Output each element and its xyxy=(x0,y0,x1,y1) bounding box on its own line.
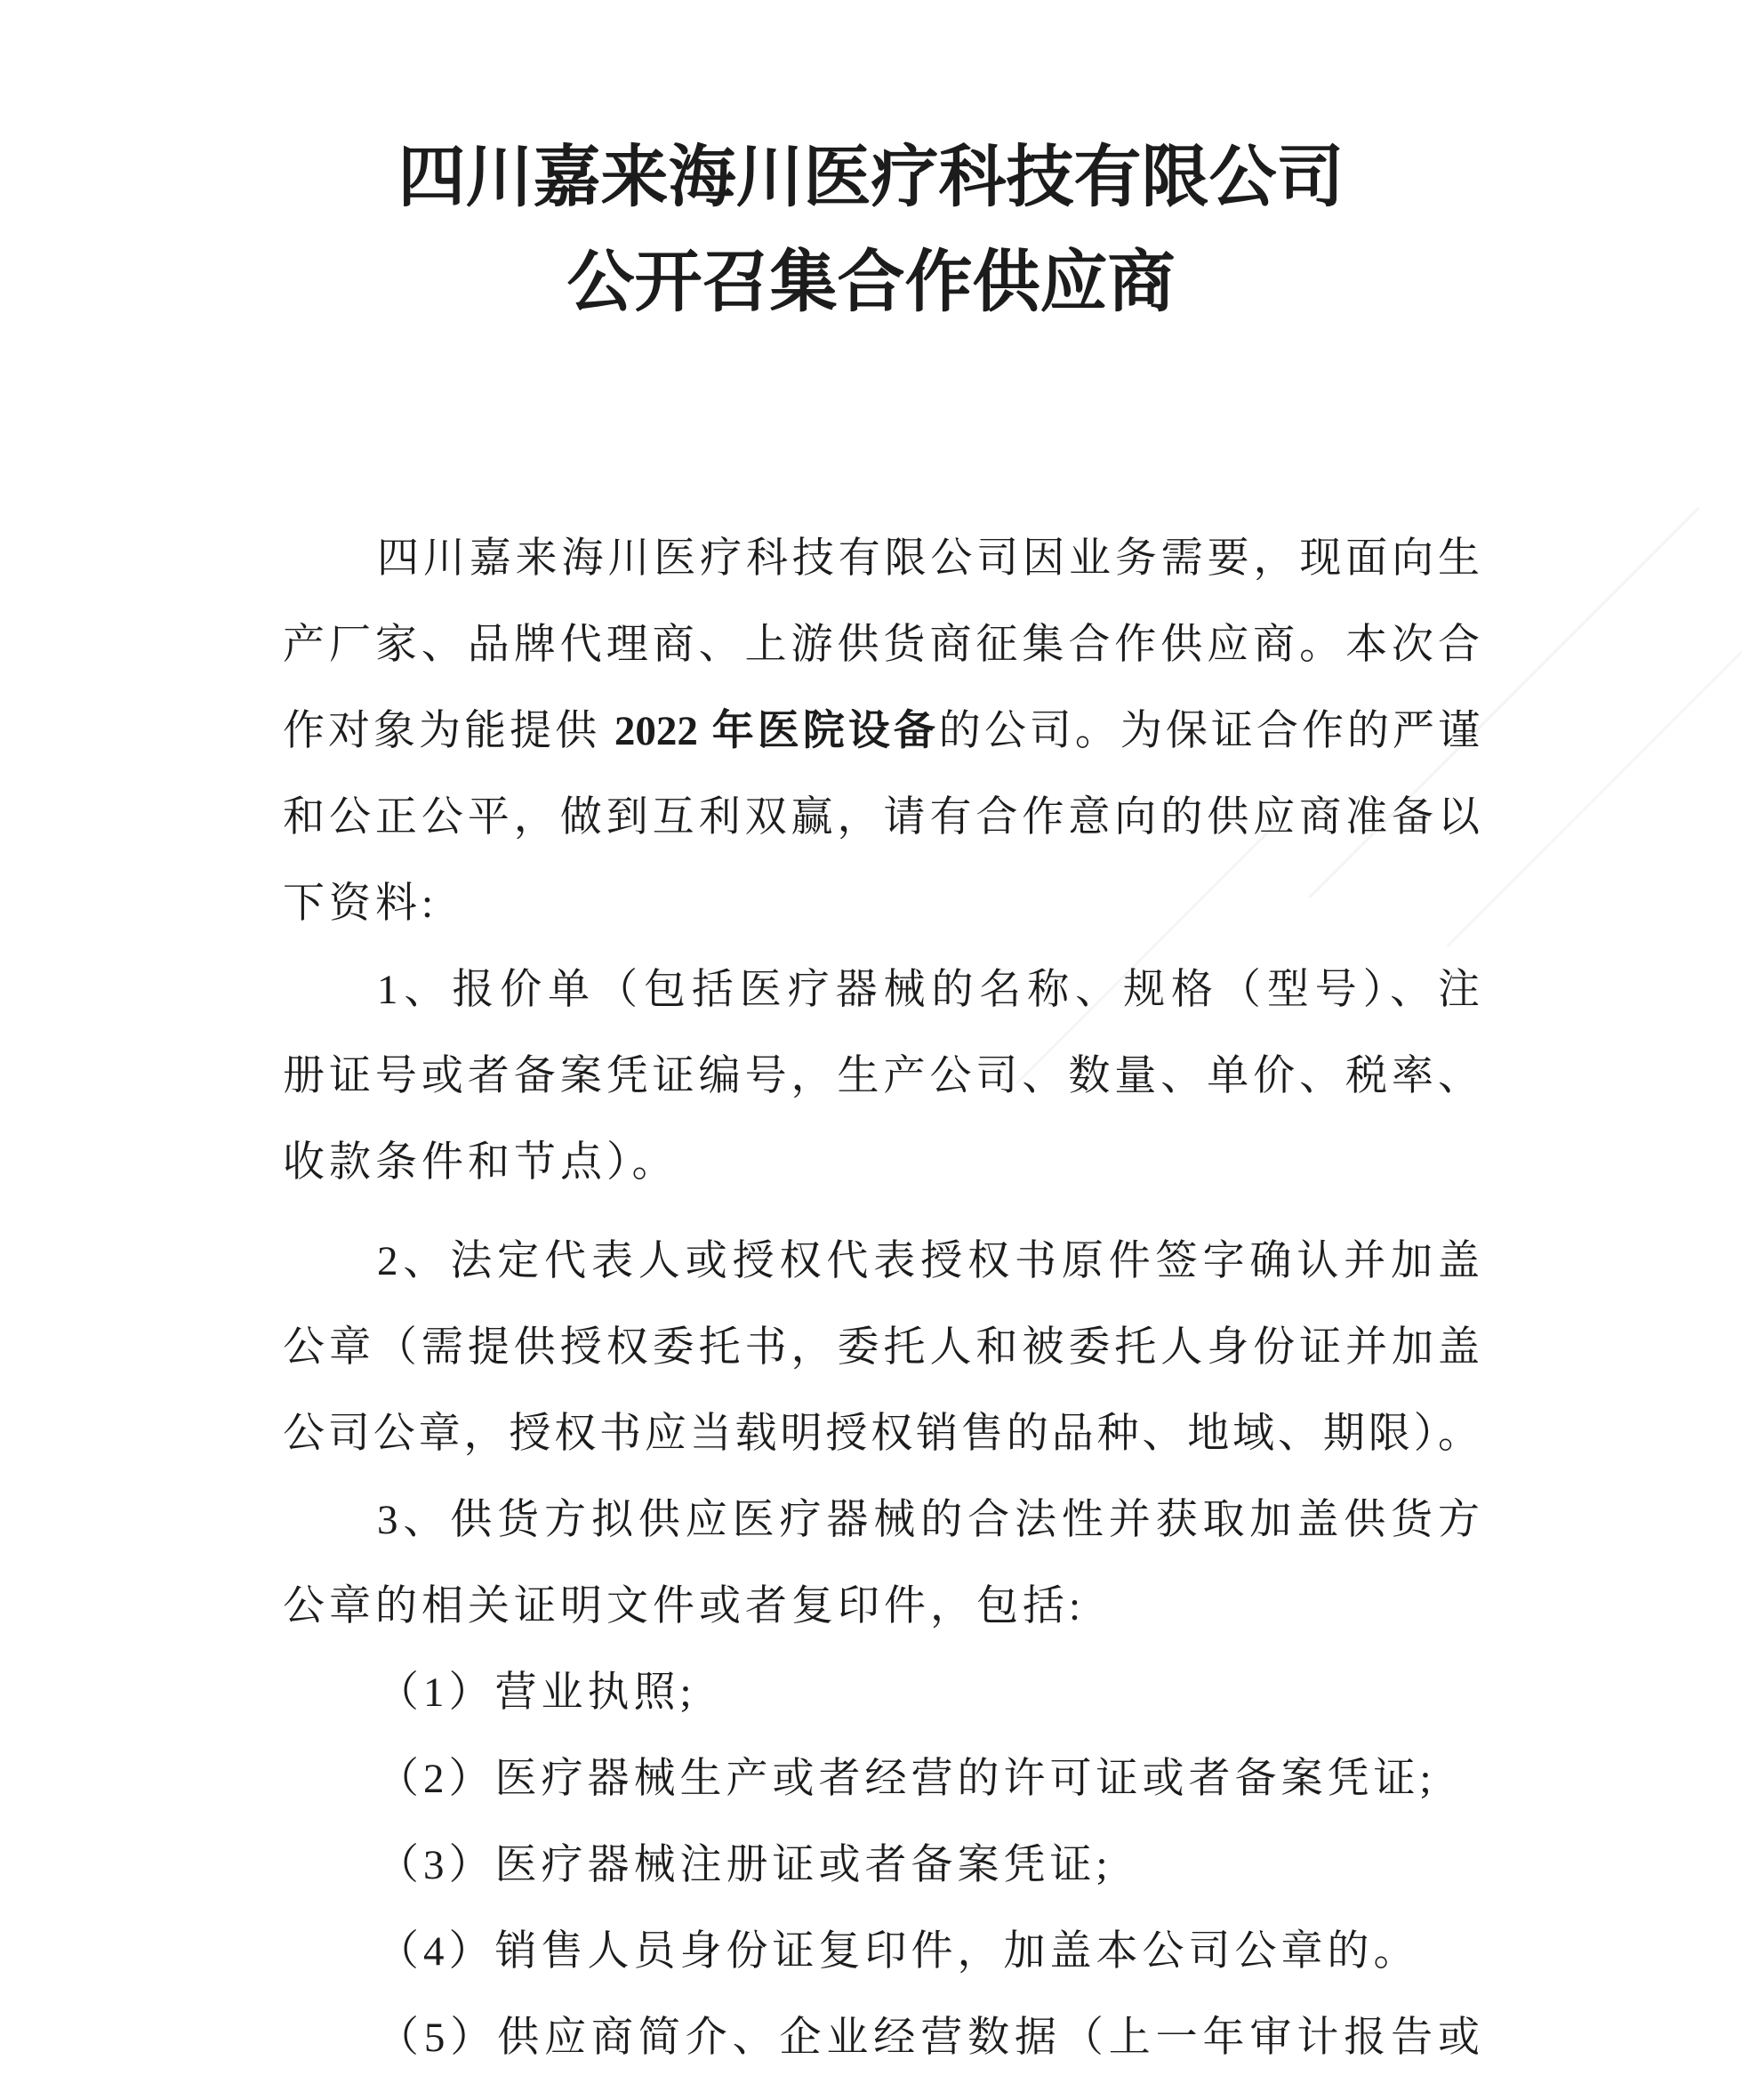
text-line: 2、法定代表人或授权代表授权书原件签字确认并加盖 xyxy=(283,1219,1480,1305)
text-line: （1）营业执照; xyxy=(283,1650,1480,1736)
text-line: （4）销售人员身份证复印件，加盖本公司公章的。 xyxy=(283,1909,1480,1995)
document-page: 四川嘉来海川医疗科技有限公司 公开召集合作供应商 四川嘉来海川医疗科技有限公司因… xyxy=(0,0,1742,2100)
document-title-line1: 四川嘉来海川医疗科技有限公司 xyxy=(0,0,1742,218)
text-line: 公司公章，授权书应当载明授权销售的品种、地域、期限）。 xyxy=(283,1391,1480,1477)
text-line: 产厂家、品牌代理商、上游供货商征集合作供应商。本次合 xyxy=(283,602,1480,688)
text-segment: 的公司。为保证合作的严谨 xyxy=(939,708,1480,754)
text-line: 下资料: xyxy=(283,861,1480,947)
text-line: 四川嘉来海川医疗科技有限公司因业务需要，现面向生 xyxy=(283,516,1480,602)
text-segment: 公章的相关证明文件或者复印件，包括: xyxy=(283,1583,1085,1629)
text-line: 1、报价单（包括医疗器械的名称、规格（型号）、注 xyxy=(283,947,1480,1034)
text-segment: （2）医疗器械生产或者经营的许可证或者备案凭证; xyxy=(377,1756,1436,1802)
text-segment: 册证号或者备案凭证编号，生产公司、数量、单价、税率、 xyxy=(283,1053,1480,1099)
text-segment: （1）营业执照; xyxy=(377,1670,696,1716)
text-segment: 3、供货方拟供应医疗器械的合法性并获取加盖供货方 xyxy=(377,1497,1480,1543)
text-line: 3、供货方拟供应医疗器械的合法性并获取加盖供货方 xyxy=(283,1477,1480,1564)
document-body: 四川嘉来海川医疗科技有限公司因业务需要，现面向生产厂家、品牌代理商、上游供货商征… xyxy=(283,516,1480,2081)
text-segment: 产厂家、品牌代理商、上游供货商征集合作供应商。本次合 xyxy=(283,622,1480,668)
text-segment: （5）供应商简介、企业经营数据（上一年审计报告或 xyxy=(377,2015,1480,2061)
text-line: （3）医疗器械注册证或者备案凭证; xyxy=(283,1822,1480,1909)
text-line: 公章的相关证明文件或者复印件，包括: xyxy=(283,1564,1480,1650)
text-segment: 和公正公平，做到互利双赢，请有合作意向的供应商准备以 xyxy=(283,794,1480,841)
text-line: （2）医疗器械生产或者经营的许可证或者备案凭证; xyxy=(283,1736,1480,1822)
text-segment: 公司公章，授权书应当载明授权销售的品种、地域、期限）。 xyxy=(283,1411,1480,1457)
bold-text-segment: 2022 年医院设备 xyxy=(614,708,939,754)
text-segment: 作对象为能提供 xyxy=(283,708,614,754)
text-segment: 四川嘉来海川医疗科技有限公司因业务需要，现面向生 xyxy=(377,535,1480,582)
text-line: 收款条件和节点）。 xyxy=(283,1120,1480,1206)
text-segment: （3）医疗器械注册证或者备案凭证; xyxy=(377,1842,1112,1888)
text-line: 公章（需提供授权委托书，委托人和被委托人身份证并加盖 xyxy=(283,1305,1480,1391)
text-segment: （4）销售人员身份证复印件，加盖本公司公章的。 xyxy=(377,1928,1420,1975)
text-segment: 2、法定代表人或授权代表授权书原件签字确认并加盖 xyxy=(377,1238,1480,1284)
text-segment: 公章（需提供授权委托书，委托人和被委托人身份证并加盖 xyxy=(283,1324,1480,1371)
text-line: （5）供应商简介、企业经营数据（上一年审计报告或 xyxy=(283,1995,1480,2081)
text-line: 册证号或者备案凭证编号，生产公司、数量、单价、税率、 xyxy=(283,1034,1480,1120)
text-segment: 收款条件和节点）。 xyxy=(283,1139,678,1186)
document-title-line2: 公开召集合作供应商 xyxy=(0,243,1742,323)
text-line: 和公正公平，做到互利双赢，请有合作意向的供应商准备以 xyxy=(283,775,1480,861)
scan-artifact xyxy=(1447,618,1742,947)
text-segment: 下资料: xyxy=(283,881,438,927)
text-line: 作对象为能提供 2022 年医院设备的公司。为保证合作的严谨 xyxy=(283,688,1480,775)
text-segment: 1、报价单（包括医疗器械的名称、规格（型号）、注 xyxy=(377,967,1480,1013)
